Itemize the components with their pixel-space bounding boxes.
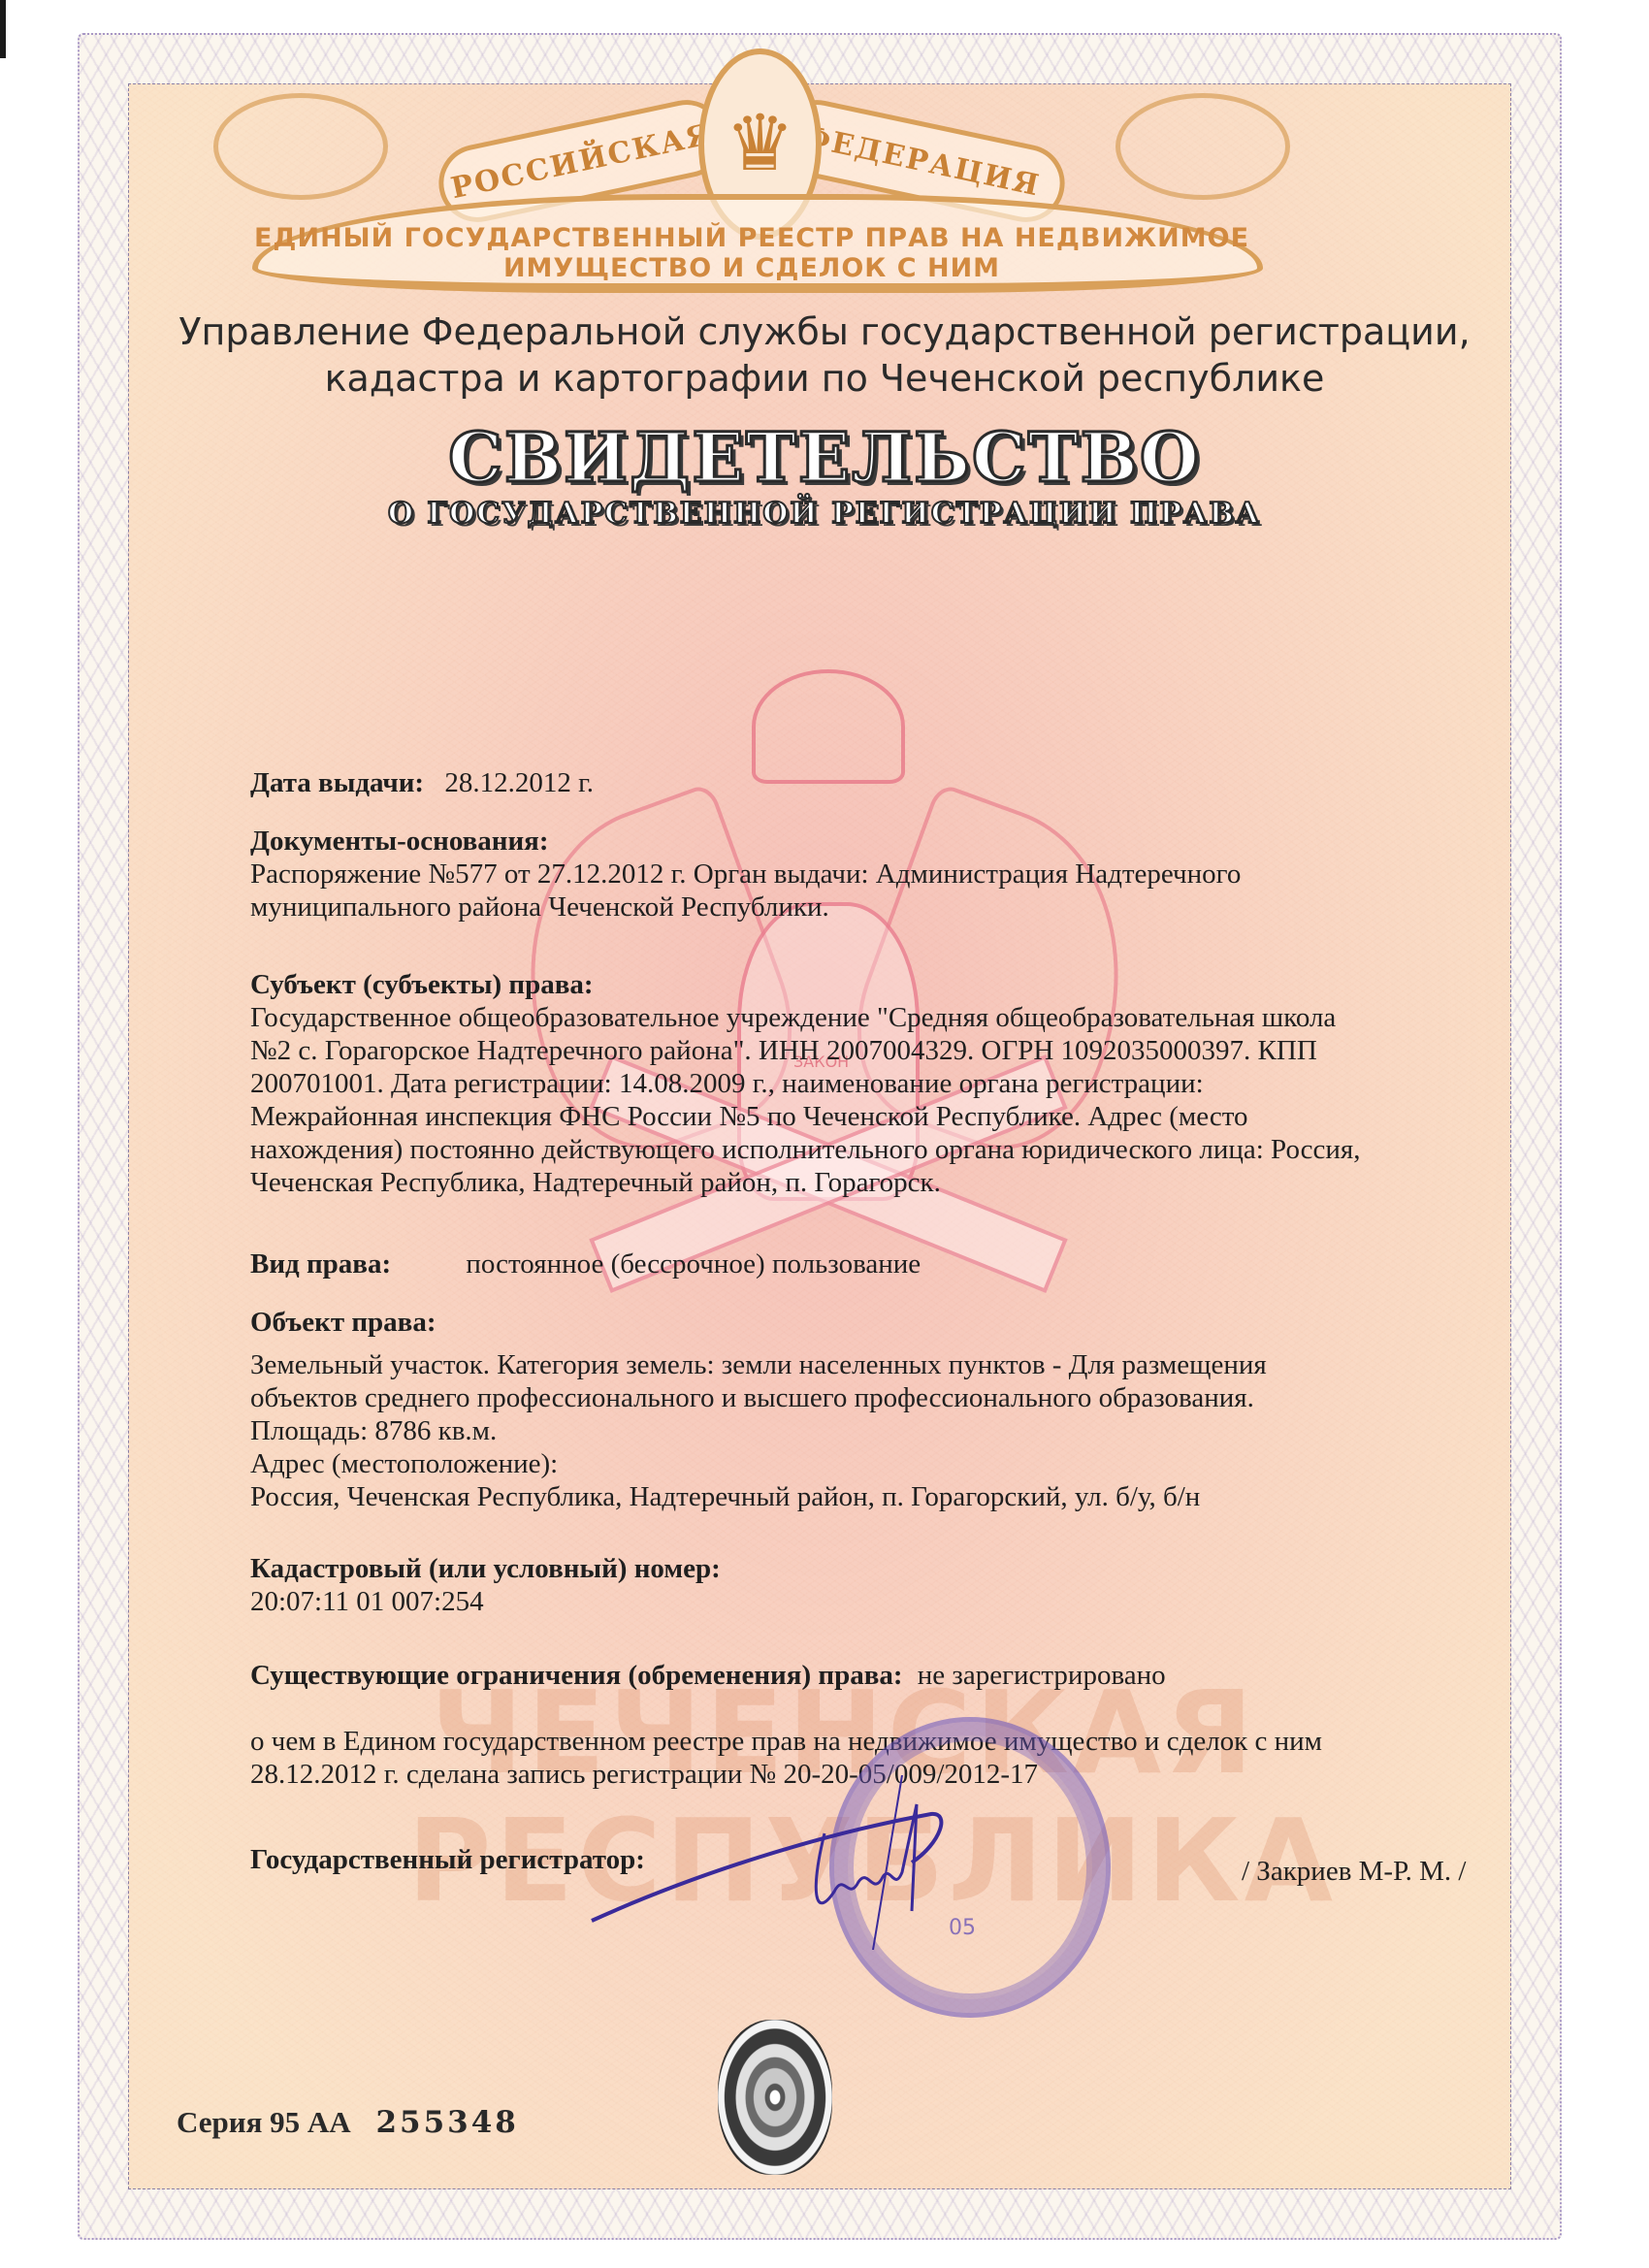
subjects-line: Государственное общеобразовательное учре…: [250, 1001, 1569, 1034]
object-address-label: Адрес (местоположение):: [250, 1447, 1569, 1480]
series-row: Серия 95 АА 255348: [177, 2105, 519, 2140]
subjects-line: Межрайонная инспекция ФНС России №5 по Ч…: [250, 1100, 1569, 1133]
encumbrances-row: Существующие ограничения (обременения) п…: [250, 1659, 1166, 1692]
double-headed-eagle-icon: ♛: [726, 106, 795, 183]
issue-date-row: Дата выдачи: 28.12.2012 г.: [250, 766, 594, 799]
basis-documents-label: Документы-основания:: [250, 825, 1569, 858]
registrar-name: / Закриев М-Р. М. /: [1242, 1855, 1466, 1888]
subjects-line: №2 с. Горагорское Надтеречного района". …: [250, 1034, 1569, 1067]
subjects-line: нахождения) постоянно действующего испол…: [250, 1133, 1569, 1166]
stamp-code: 05: [949, 1916, 976, 1940]
issue-date-label: Дата выдачи:: [250, 767, 424, 798]
object-label: Объект права:: [250, 1306, 1569, 1339]
agency-line-1: Управление Федеральной службы государств…: [0, 308, 1649, 355]
scan-edge: [0, 0, 6, 58]
cadastral-section: Кадастровый (или условный) номер: 20:07:…: [250, 1552, 1569, 1618]
issue-date-value: 28.12.2012 г.: [444, 767, 594, 798]
object-area: Площадь: 8786 кв.м.: [250, 1414, 1569, 1447]
ribbon-right-text: ФЕДЕРАЦИЯ: [799, 119, 1043, 203]
subjects-line: Чеченская Республика, Надтеречный район,…: [250, 1166, 1569, 1199]
series-number: 255348: [375, 2105, 518, 2140]
object-line: объектов среднего профессионального и вы…: [250, 1381, 1569, 1414]
encumbrances-value: не зарегистрировано: [918, 1660, 1166, 1691]
ribbon-left-text: РОССИЙСКАЯ: [448, 116, 716, 205]
right-type-label: Вид права:: [250, 1248, 391, 1280]
object-line: Земельный участок. Категория земель: зем…: [250, 1348, 1569, 1381]
agency-line-2: кадастра и картографии по Чеченской респ…: [0, 355, 1649, 402]
registry-banner-text: ЕДИНЫЙ ГОСУДАРСТВЕННЫЙ РЕЕСТР ПРАВ НА НЕ…: [213, 223, 1290, 283]
basis-documents-line: Распоряжение №577 от 27.12.2012 г. Орган…: [250, 858, 1569, 891]
encumbrances-label: Существующие ограничения (обременения) п…: [250, 1660, 903, 1691]
header-emblem-band: РОССИЙСКАЯ ФЕДЕРАЦИЯ ♛ ЕДИНЫЙ ГОСУДАРСТВ…: [213, 58, 1290, 281]
subjects-label: Субъект (субъекты) права:: [250, 968, 1569, 1001]
certificate-title: СВИДЕТЕЛЬСТВО: [0, 417, 1649, 498]
certificate-subtitle: О ГОСУДАРСТВЕННОЙ РЕГИСТРАЦИИ ПРАВА: [0, 497, 1649, 531]
basis-documents-section: Документы-основания: Распоряжение №577 о…: [250, 825, 1569, 923]
subjects-line: 200701001. Дата регистрации: 14.08.2009 …: [250, 1067, 1569, 1100]
basis-documents-line: муниципального района Чеченской Республи…: [250, 891, 1569, 923]
right-type-value: постоянное (бессрочное) пользование: [466, 1248, 921, 1280]
security-rosette: [718, 2020, 832, 2175]
series-label: Серия 95 АА: [177, 2105, 351, 2139]
registrar-signature: [582, 1775, 951, 1950]
ornament-swirl-right: [1115, 93, 1290, 200]
right-type-row: Вид права: постоянное (бессрочное) польз…: [250, 1247, 921, 1280]
ornament-swirl-left: [213, 93, 388, 200]
object-address: Россия, Чеченская Республика, Надтеречны…: [250, 1480, 1569, 1513]
cadastral-number: 20:07:11 01 007:254: [250, 1585, 1569, 1618]
agency-name: Управление Федеральной службы государств…: [0, 308, 1649, 402]
cadastral-label: Кадастровый (или условный) номер:: [250, 1552, 1569, 1585]
object-section: Объект права: Земельный участок. Категор…: [250, 1306, 1569, 1513]
subjects-section: Субъект (субъекты) права: Государственно…: [250, 968, 1569, 1199]
